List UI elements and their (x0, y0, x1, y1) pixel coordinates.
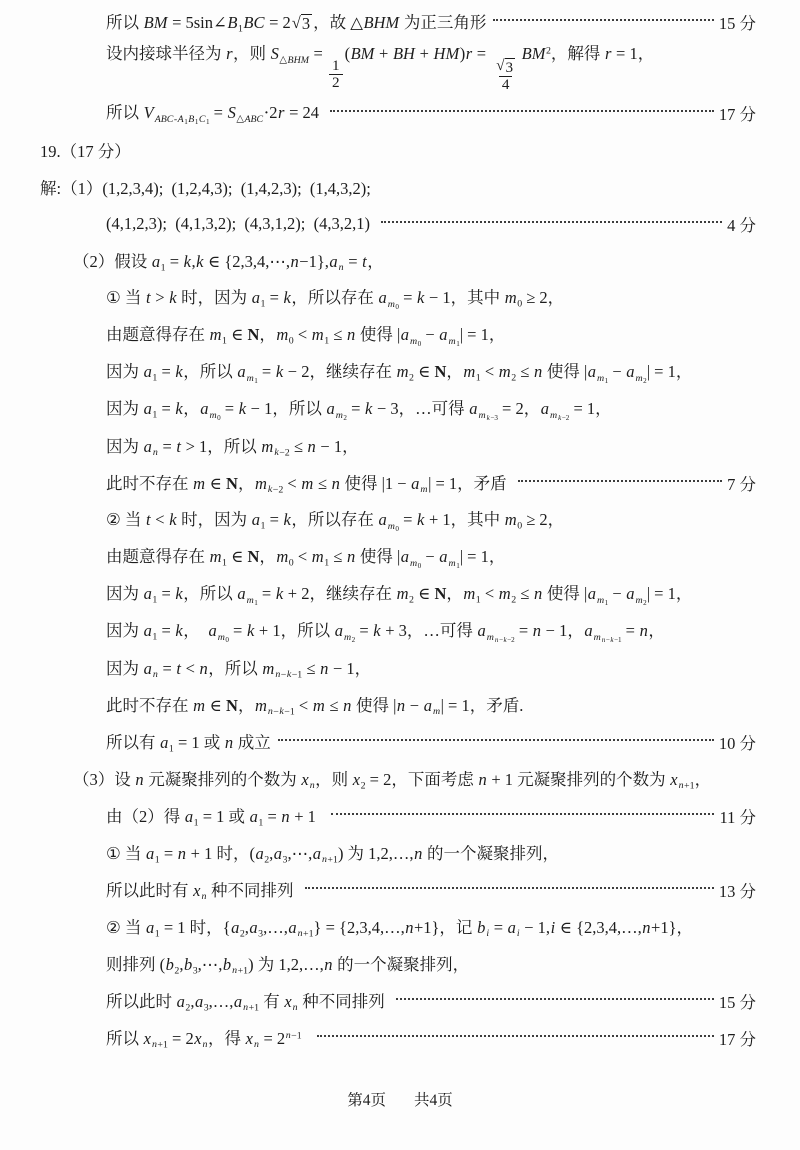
solution-line: ② 当 t < k 时，因为 a1 = k，所以存在 am0 = k + 1，其… (0, 501, 800, 538)
score-label: 4 分 (727, 212, 756, 236)
line-text: 此时不存在 m ∈ N，mn−k−1 < m ≤ n 使得 |n − am| =… (106, 692, 523, 717)
line-text: 解:（1）(1,2,3,4); (1,2,4,3); (1,4,2,3); (1… (40, 175, 371, 199)
solution-line: 所以此时有 xn 种不同排列 13 分 (0, 871, 800, 908)
solution-line: 因为 a1 = k，所以 am1 = k − 2，继续存在 m2 ∈ N，m1 … (0, 353, 800, 390)
line-text: 因为 a1 = k，所以 am1 = k + 2，继续存在 m2 ∈ N，m1 … (106, 580, 692, 607)
line-text: 则排列 (b2,b3,⋯,bn+1) 为 1,2,…,n 的一个凝聚排列， (106, 951, 469, 976)
line-text: 因为 a1 = k，所以 am1 = k − 2，继续存在 m2 ∈ N，m1 … (106, 358, 692, 385)
line-text: 所以 VABC-A1B1C1 = S△ABC⋅2r = 24 (106, 99, 323, 126)
dotted-leader (396, 998, 714, 1000)
line-text: 所以此时 a2,a3,…,an+1 有 xn 种不同排列 (106, 988, 389, 1013)
solution-line: 由题意得存在 m1 ∈ N，m0 < m1 ≤ n 使得 |am0 − am1|… (0, 316, 800, 353)
solution-line: （2）假设 a1 = k,k ∈ {2,3,4,⋯,n−1},an = t， (0, 242, 800, 279)
score-label: 15 分 (719, 989, 756, 1013)
solution-line: 解:（1）(1,2,3,4); (1,2,4,3); (1,4,2,3); (1… (0, 168, 800, 205)
line-text: 所以 xn+1 = 2xn，得 xn = 2n−1 (106, 1025, 310, 1050)
line-text: 设内接球半径为 r，则 S△BHM = 12(BM + BH + HM)r = … (106, 40, 654, 93)
line-text: （3）设 n 元凝聚排列的个数为 xn，则 x2 = 2，下面考虑 n + 1 … (73, 766, 711, 791)
solution-line: 因为 a1 = k，am0 = k − 1，所以 am2 = k − 3，…可得… (0, 390, 800, 427)
line-text: 所以 BM = 5sin∠B1BC = 2√3，故 △BHM 为正三角形 (106, 9, 486, 34)
score-label: 7 分 (727, 471, 756, 495)
dotted-leader (331, 813, 714, 815)
line-text: 19.（17 分） (40, 138, 131, 162)
solution-line: 此时不存在 m ∈ N，mk−2 < m ≤ n 使得 |1 − am| = 1… (0, 464, 800, 501)
solution-line: （3）设 n 元凝聚排列的个数为 xn，则 x2 = 2，下面考虑 n + 1 … (0, 760, 800, 797)
solution-line: 19.（17 分） (0, 131, 800, 168)
score-label: 17 分 (719, 101, 756, 125)
line-text: 此时不存在 m ∈ N，mk−2 < m ≤ n 使得 |1 − am| = 1… (106, 470, 511, 495)
line-text: 因为 a1 = k，am0 = k − 1，所以 am2 = k − 3，…可得… (106, 395, 612, 422)
line-text: ② 当 a1 = 1 时，{a2,a3,…,an+1} = {2,3,4,…,n… (106, 914, 693, 939)
score-label: 17 分 (719, 1026, 756, 1050)
solution-line: 因为 an = t < n，所以 mn−k−1 ≤ n − 1， (0, 649, 800, 686)
solution-line: 所以 xn+1 = 2xn，得 xn = 2n−1 17 分 (0, 1019, 800, 1056)
solution-line: 此时不存在 m ∈ N，mn−k−1 < m ≤ n 使得 |n − am| =… (0, 686, 800, 723)
line-text: ① 当 a1 = n + 1 时，(a2,a3,⋯,an+1) 为 1,2,…,… (106, 840, 559, 865)
solution-line: ① 当 a1 = n + 1 时，(a2,a3,⋯,an+1) 为 1,2,…,… (0, 834, 800, 871)
solution-line: 由题意得存在 m1 ∈ N，m0 < m1 ≤ n 使得 |am0 − am1|… (0, 538, 800, 575)
dotted-leader (330, 110, 714, 112)
score-label: 11 分 (719, 804, 756, 828)
footer-page-total: 共4页 (414, 1088, 453, 1110)
solution-line: 所以此时 a2,a3,…,an+1 有 xn 种不同排列 15 分 (0, 982, 800, 1019)
solution-line: 因为 a1 = k， am0 = k + 1，所以 am2 = k + 3，…可… (0, 612, 800, 649)
line-text: 由题意得存在 m1 ∈ N，m0 < m1 ≤ n 使得 |am0 − am1|… (106, 543, 505, 570)
solution-line: 因为 an = t > 1，所以 mk−2 ≤ n − 1， (0, 427, 800, 464)
dotted-leader (493, 19, 714, 21)
solution-line: ② 当 a1 = 1 时，{a2,a3,…,an+1} = {2,3,4,…,n… (0, 908, 800, 945)
line-text: 因为 a1 = k， am0 = k + 1，所以 am2 = k + 3，…可… (106, 617, 665, 644)
solution-line: ① 当 t > k 时，因为 a1 = k，所以存在 am0 = k − 1，其… (0, 279, 800, 316)
solution-line: 所以 BM = 5sin∠B1BC = 2√3，故 △BHM 为正三角形15 分 (0, 3, 800, 40)
line-text: 因为 an = t > 1，所以 mk−2 ≤ n − 1， (106, 433, 359, 458)
dotted-leader (317, 1035, 714, 1037)
solution-line: 所以 VABC-A1B1C1 = S△ABC⋅2r = 24 17 分 (0, 94, 800, 131)
scanned-exam-page: { "document": { "kind": "math exam answe… (0, 0, 800, 1150)
line-text: ① 当 t > k 时，因为 a1 = k，所以存在 am0 = k − 1，其… (106, 284, 564, 311)
solution-body: 所以 BM = 5sin∠B1BC = 2√3，故 △BHM 为正三角形15 分… (0, 0, 800, 1056)
line-text: 所以此时有 xn 种不同排列 (106, 877, 298, 902)
dotted-leader (278, 739, 714, 741)
line-text: ② 当 t < k 时，因为 a1 = k，所以存在 am0 = k + 1，其… (106, 506, 564, 533)
solution-line: 因为 a1 = k，所以 am1 = k + 2，继续存在 m2 ∈ N，m1 … (0, 575, 800, 612)
line-text: 由（2）得 a1 = 1 或 a1 = n + 1 (106, 803, 324, 828)
solution-line: 设内接球半径为 r，则 S△BHM = 12(BM + BH + HM)r = … (0, 40, 800, 94)
dotted-leader (305, 887, 714, 889)
line-text: 所以有 a1 = 1 或 n 成立 (106, 729, 271, 754)
solution-line: 所以有 a1 = 1 或 n 成立10 分 (0, 723, 800, 760)
footer-page-number: 第4页 (347, 1088, 386, 1110)
line-text: （2）假设 a1 = k,k ∈ {2,3,4,⋯,n−1},an = t， (73, 248, 384, 273)
line-text: 因为 an = t < n，所以 mn−k−1 ≤ n − 1， (106, 655, 371, 680)
solution-line: (4,1,2,3); (4,1,3,2); (4,3,1,2); (4,3,2,… (0, 205, 800, 242)
score-label: 15 分 (719, 10, 756, 34)
line-text: (4,1,2,3); (4,1,3,2); (4,3,1,2); (4,3,2,… (106, 214, 374, 234)
solution-line: 则排列 (b2,b3,⋯,bn+1) 为 1,2,…,n 的一个凝聚排列， (0, 945, 800, 982)
solution-line: 由（2）得 a1 = 1 或 a1 = n + 1 11 分 (0, 797, 800, 834)
dotted-leader (518, 480, 722, 482)
page-footer: 第4页 共4页 (0, 1088, 800, 1110)
score-label: 13 分 (719, 878, 756, 902)
score-label: 10 分 (719, 730, 756, 754)
line-text: 由题意得存在 m1 ∈ N，m0 < m1 ≤ n 使得 |am0 − am1|… (106, 321, 505, 348)
dotted-leader (381, 221, 722, 223)
